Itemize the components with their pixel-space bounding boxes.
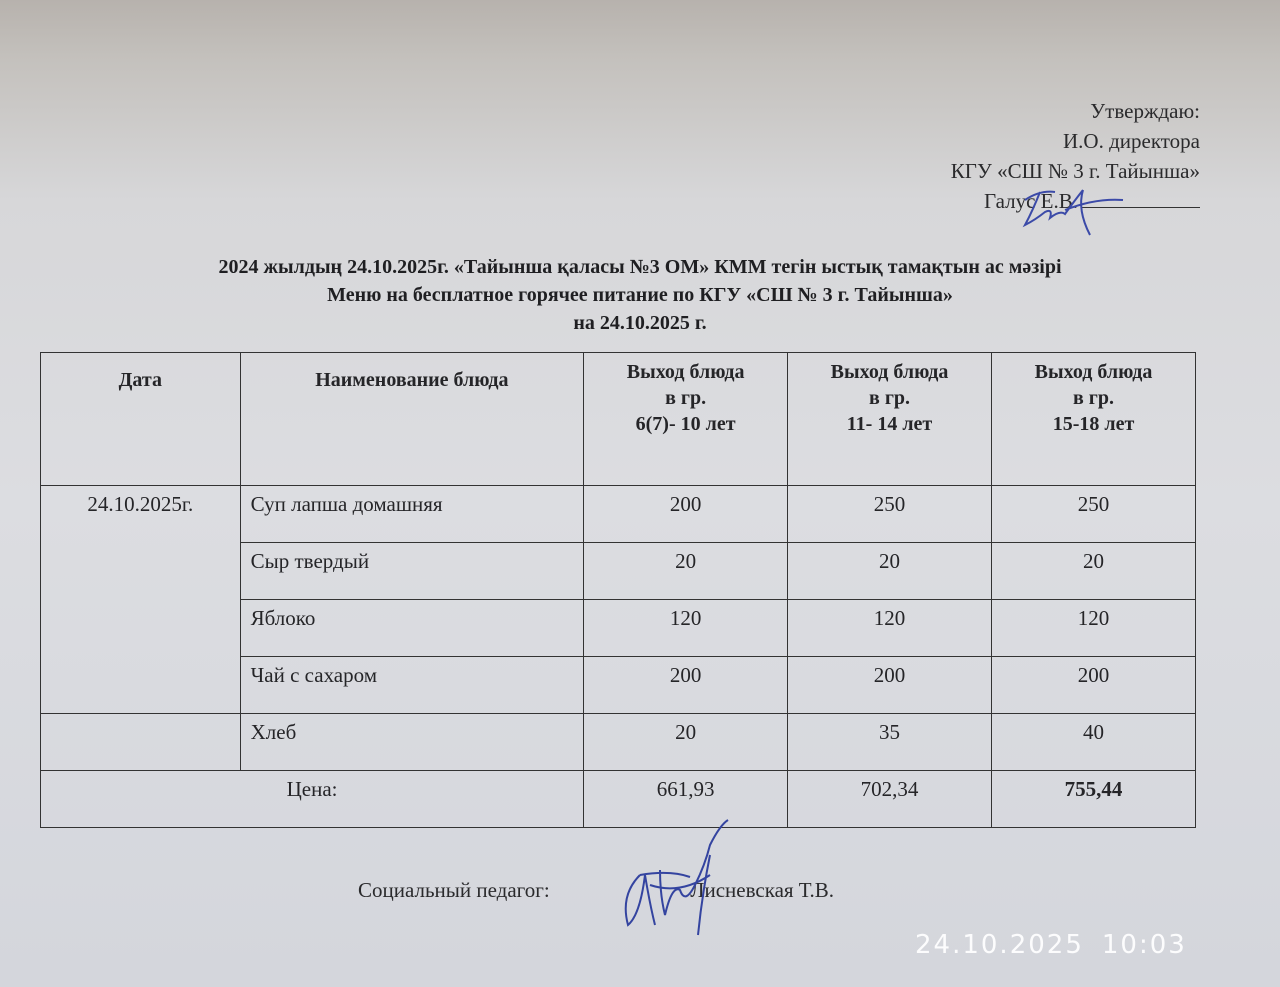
dish-name: Яблоко <box>240 600 583 657</box>
photo-timestamp: 24.10.202510:03 <box>915 930 1205 960</box>
portion-group-1: 20 <box>584 543 788 600</box>
portion-group-2: 200 <box>788 657 992 714</box>
document-page: Утверждаю: И.О. директора КГУ «СШ № 3 г.… <box>0 0 1280 987</box>
price-label: Цена: <box>41 771 584 828</box>
portion-group-1: 120 <box>584 600 788 657</box>
photo-time: 10:03 <box>1102 930 1187 960</box>
portion-group-2: 120 <box>788 600 992 657</box>
document-title: 2024 жылдың 24.10.2025г. «Тайынша қаласы… <box>60 253 1220 337</box>
header-group-3: Выход блюда в гр. 15-18 лет <box>992 353 1196 486</box>
header-group-3-line3: 15-18 лет <box>1002 411 1185 437</box>
dish-name: Чай с сахаром <box>240 657 583 714</box>
photo-date: 24.10.2025 <box>915 930 1084 960</box>
dish-name: Сыр твердый <box>240 543 583 600</box>
header-group-1-line2: в гр. <box>594 385 777 411</box>
portion-group-1: 200 <box>584 657 788 714</box>
date-cell: 24.10.2025г. <box>41 486 241 714</box>
header-group-3-line2: в гр. <box>1002 385 1185 411</box>
approval-position: И.О. директора <box>951 126 1200 156</box>
price-group-2: 702,34 <box>788 771 992 828</box>
portion-group-3: 250 <box>992 486 1196 543</box>
pedagogue-signature-icon <box>610 815 740 945</box>
table-row: Хлеб 20 35 40 <box>41 714 1196 771</box>
portion-group-3: 200 <box>992 657 1196 714</box>
header-group-1-line3: 6(7)- 10 лет <box>594 411 777 437</box>
header-group-2-line3: 11- 14 лет <box>798 411 981 437</box>
title-kazakh: 2024 жылдың 24.10.2025г. «Тайынша қаласы… <box>60 253 1220 281</box>
portion-group-2: 35 <box>788 714 992 771</box>
portion-group-2: 20 <box>788 543 992 600</box>
director-signature-icon <box>1005 180 1125 240</box>
header-date: Дата <box>41 353 241 486</box>
empty-date-cell <box>41 714 241 771</box>
portion-group-1: 200 <box>584 486 788 543</box>
header-group-2-line1: Выход блюда <box>798 359 981 385</box>
dish-name: Хлеб <box>240 714 583 771</box>
portion-group-3: 120 <box>992 600 1196 657</box>
price-group-3: 755,44 <box>992 771 1196 828</box>
header-group-1-line1: Выход блюда <box>594 359 777 385</box>
portion-group-3: 40 <box>992 714 1196 771</box>
title-date: на 24.10.2025 г. <box>60 309 1220 337</box>
header-group-1: Выход блюда в гр. 6(7)- 10 лет <box>584 353 788 486</box>
table-row: 24.10.2025г. Суп лапша домашняя 200 250 … <box>41 486 1196 543</box>
portion-group-2: 250 <box>788 486 992 543</box>
portion-group-3: 20 <box>992 543 1196 600</box>
header-dish-name: Наименование блюда <box>240 353 583 486</box>
footer-role: Социальный педагог: <box>358 878 550 902</box>
header-group-2-line2: в гр. <box>798 385 981 411</box>
menu-table: Дата Наименование блюда Выход блюда в гр… <box>40 352 1196 828</box>
dish-name: Суп лапша домашняя <box>240 486 583 543</box>
header-group-2: Выход блюда в гр. 11- 14 лет <box>788 353 992 486</box>
footer-signature-block: Социальный педагог: Лисневская Т.В. <box>358 878 834 903</box>
portion-group-1: 20 <box>584 714 788 771</box>
table-header-row: Дата Наименование блюда Выход блюда в гр… <box>41 353 1196 486</box>
title-russian: Меню на бесплатное горячее питание по КГ… <box>60 281 1220 309</box>
approval-heading: Утверждаю: <box>951 96 1200 126</box>
header-group-3-line1: Выход блюда <box>1002 359 1185 385</box>
